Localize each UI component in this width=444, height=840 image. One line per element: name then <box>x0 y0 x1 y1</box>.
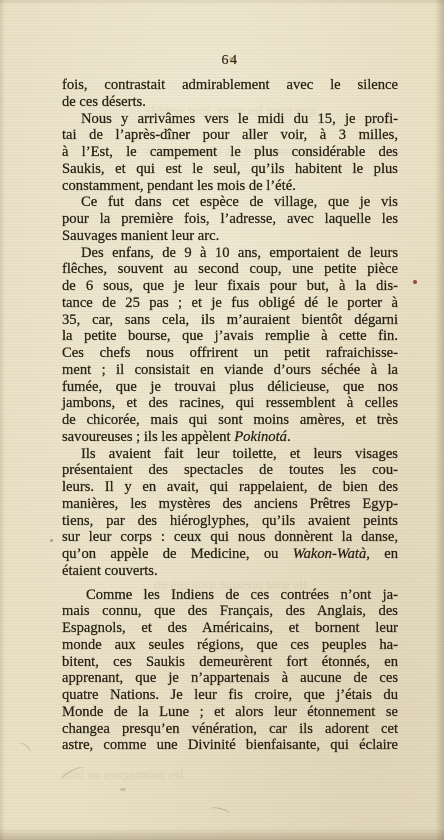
text-line: constamment, pendant les mois de l’été. <box>62 178 398 195</box>
text-line: monde aux seules régions, que ces peuple… <box>62 637 398 654</box>
bleedthrough-text: les montagnes au loin <box>62 768 398 784</box>
text-line: étaient couverts. <box>62 563 398 580</box>
text-line: savoureuses ; ils les appèlent Pokinotá. <box>62 429 398 446</box>
text-line: tiens, par des hiéroglyphes, qu’ils avai… <box>62 513 398 530</box>
text-line: Monde de la Lune ; et alors leur étonnem… <box>62 704 398 721</box>
text-line: Espagnols, et des Américains, et bornent… <box>62 620 398 637</box>
paper-stain <box>120 788 126 791</box>
paper-fiber <box>209 806 230 818</box>
text-line: jambons, et des racines, qui ressemblent… <box>62 395 398 412</box>
book-page: que pour les yeux, tout semble les mœurs… <box>0 0 444 840</box>
ink-speck <box>413 280 417 284</box>
text-line: manières, les mystères des anciens Prêtr… <box>62 496 398 513</box>
text-line: Des enfans, de 9 à 10 ans, emportaient d… <box>62 245 398 262</box>
paragraph: Ils avaient fait leur toilette, et leurs… <box>62 446 398 580</box>
paper-fiber <box>18 741 33 755</box>
paper-fiber <box>59 764 86 784</box>
text-line: Ces chefs nous offrirent un petit rafrai… <box>62 345 398 362</box>
text-line: présentaient des spectacles de toutes le… <box>62 462 398 479</box>
text-line: de ces déserts. <box>62 94 398 111</box>
text-line: tance de 25 pas ; et je fus obligé dé le… <box>62 295 398 312</box>
paper-stain <box>50 539 53 542</box>
text-line: pour la première fois, l’adresse, avec l… <box>62 211 398 228</box>
text-line: qu’on appèle de Medicine, ou Wakon-Watà,… <box>62 546 398 563</box>
text-line: tai de l’après-dîner pour aller voir, à … <box>62 127 398 144</box>
text-line: Ce fut dans cet espèce de village, que j… <box>62 194 398 211</box>
text-line: leurs. Il y en avait, qui rappelaient, d… <box>62 479 398 496</box>
text-line: flêches, souvent au second coup, une pet… <box>62 261 398 278</box>
text-line: bitent, ces Saukis demeurèrent fort éton… <box>62 654 398 671</box>
text-line: sur leur corps : ceux qui nous donnèrent… <box>62 529 398 546</box>
text-line: de chicorée, mais qui sont moins amères,… <box>62 412 398 429</box>
text-line: changea presqu’en vénération, car ils ad… <box>62 721 398 738</box>
text-line: astre, comme une Divinité bienfaisante, … <box>62 737 398 754</box>
text-line: quatre Nations. Je leur fis croire, que … <box>62 687 398 704</box>
text-line: fois, contrastait admirablement avec le … <box>62 77 398 94</box>
text-line: Comme les Indiens de ces contrées n’ont … <box>62 587 398 604</box>
text-line: mais connu, que des Français, des Anglai… <box>62 603 398 620</box>
text-line: de 6 sous, que je leur fixais pour but, … <box>62 278 398 295</box>
text-line: fumée, que je trouvai plus délicieuse, q… <box>62 379 398 396</box>
page-number: 64 <box>62 53 398 69</box>
paragraph: Des enfans, de 9 à 10 ans, emportaient d… <box>62 245 398 446</box>
text-line: ment ; il consistait en viande d’ours sé… <box>62 362 398 379</box>
text-line: 35, car, sans cela, ils m’auraient bient… <box>62 312 398 329</box>
paragraph: Comme les Indiens de ces contrées n’ont … <box>62 587 398 755</box>
text-block: fois, contrastait admirablement avec le … <box>62 77 398 754</box>
text-line: Sauvages manient leur arc. <box>62 228 398 245</box>
paragraph: fois, contrastait admirablement avec le … <box>62 77 398 111</box>
text-line: apprenant, que je n’appartenais à aucune… <box>62 670 398 687</box>
text-line: à l’Est, le campement le plus considérab… <box>62 144 398 161</box>
text-line: Saukis, et qui est le seul, qu’ils habit… <box>62 161 398 178</box>
paragraph: Ce fut dans cet espèce de village, que j… <box>62 194 398 244</box>
text-line: Nous y arrivâmes vers le midi du 15, je … <box>62 111 398 128</box>
text-line: Ils avaient fait leur toilette, et leurs… <box>62 446 398 463</box>
text-line: la petite bourse, que j’avais remplie à … <box>62 328 398 345</box>
paragraph: Nous y arrivâmes vers le midi du 15, je … <box>62 111 398 195</box>
